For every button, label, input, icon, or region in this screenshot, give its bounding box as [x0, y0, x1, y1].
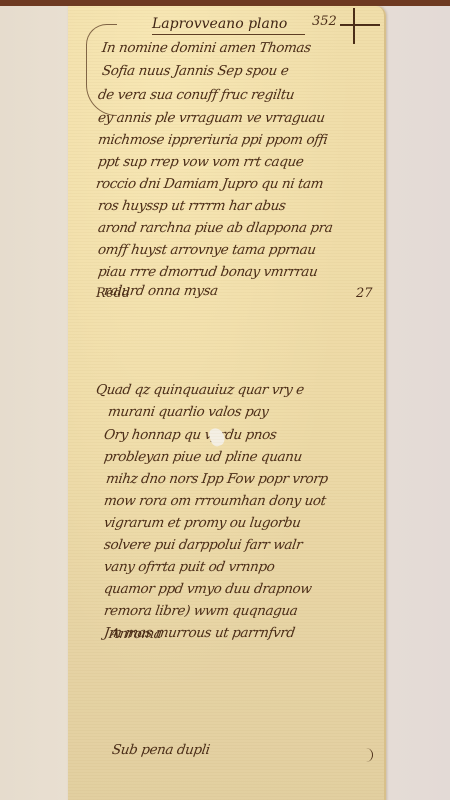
text-line: roccio dni Damiam Jupro qu ni tam [95, 176, 324, 192]
edge-ink-mark [364, 748, 373, 762]
text-line: probleyan piue ud pline quanu [103, 449, 303, 465]
text-line: de vera sua conuff fruc regiltu [97, 87, 295, 103]
text-line: Sofia nuus Jannis Sep spou e [101, 63, 290, 79]
text-line: solvere pui darppolui farr walr [103, 537, 303, 553]
margin-note-right: 27 [356, 286, 373, 301]
closing-note-1: Anroma [109, 626, 163, 642]
text-line: In nomine domini amen Thomas [101, 40, 312, 56]
text-line: Ory honnap qu vyrdu pnos [103, 427, 278, 443]
text-line: murani quarlio valos pay [107, 404, 270, 420]
text-line: mihz dno nors Ipp Fow popr vrorp [105, 471, 329, 487]
text-line: omff huyst arrovnye tama pprnau [97, 242, 317, 258]
text-line: michmose ippreriuria ppi ppom offi [97, 132, 329, 148]
page-heading: Laprovveano plano [152, 16, 305, 35]
text-line: remora libre) wwm quqnagua [103, 603, 299, 619]
margin-note-left: Redd [96, 286, 130, 301]
text-line: vigrarum et promy ou lugorbu [103, 515, 302, 531]
cross-bar [340, 24, 380, 26]
cross-icon [353, 8, 355, 44]
text-line: vany ofrrta puit od vrnnpo [103, 559, 276, 575]
text-line: arond rarchna piue ab dlappona pra [97, 220, 334, 236]
manuscript-page: Laprovveano plano 352 In nomine domini a… [68, 6, 386, 800]
text-line: ey annis ple vrraguam ve vrraguau [97, 110, 326, 126]
closing-note-2: Sub pena dupli [111, 742, 211, 758]
text-line: quamor ppd vmyo duu drapnow [103, 581, 313, 597]
folio-number: 352 [312, 14, 337, 29]
text-line: Quad qz quinquauiuz quar vry e [95, 382, 305, 398]
text-line: ppt sup rrep vow vom rrt caque [97, 154, 305, 170]
text-line: piau rrre dmorrud bonay vmrrrau [97, 264, 319, 280]
text-line: mow rora om rrroumhan dony uot [103, 493, 327, 509]
text-line: ros huyssp ut rrrrm har abus [97, 198, 287, 214]
